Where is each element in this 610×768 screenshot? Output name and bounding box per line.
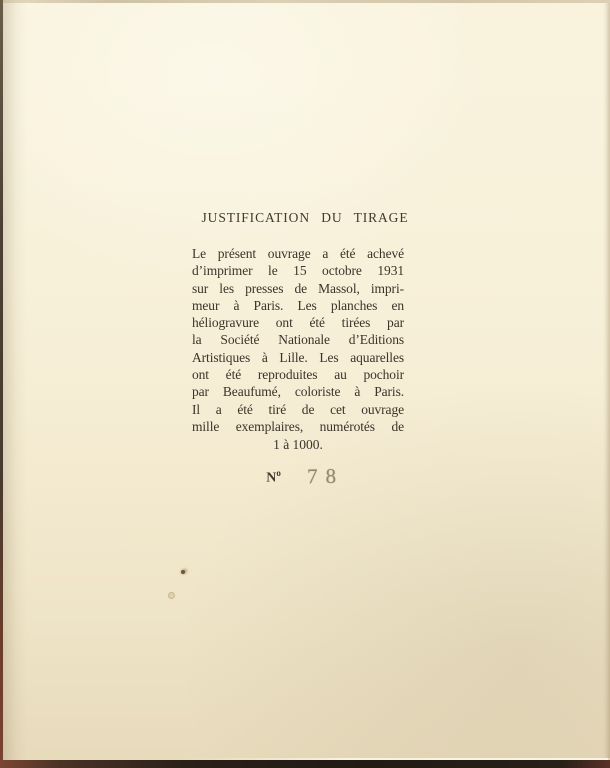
page-top-edge bbox=[0, 0, 610, 3]
book-page-photo: JUSTIFICATION DU TIRAGE Le présent ouvra… bbox=[0, 0, 610, 768]
copy-number-row: No 78 bbox=[0, 464, 610, 489]
text-line: Il a été tiré de cet ouvrage bbox=[192, 401, 404, 418]
text-line: Le présent ouvrage a été achevé bbox=[192, 245, 404, 262]
text-line: héliogravure ont été tirées par bbox=[192, 314, 404, 331]
numero-superscript: o bbox=[276, 468, 281, 478]
paper-speck bbox=[168, 592, 175, 599]
text-line: meur à Paris. Les planches en bbox=[192, 297, 404, 314]
copy-number-stamp: 78 bbox=[307, 464, 344, 489]
text-line: mille exemplaires, numérotés de bbox=[192, 418, 404, 435]
paper-speck bbox=[181, 570, 185, 574]
page-left-edge bbox=[0, 0, 3, 760]
numero-label: No bbox=[266, 464, 281, 487]
text-line: d’imprimer le 15 octobre 1931 bbox=[192, 262, 404, 279]
text-line: la Société Nationale d’Editions bbox=[192, 331, 404, 348]
page-right-edge-shade bbox=[603, 3, 610, 758]
text-line: ont été reproduites au pochoir bbox=[192, 366, 404, 383]
text-line: sur les presses de Massol, impri- bbox=[192, 280, 404, 297]
binding-gutter-shadow bbox=[3, 0, 27, 760]
text-line: par Beaufumé, coloriste à Paris. bbox=[192, 383, 404, 400]
text-line: Artistiques à Lille. Les aquarelles bbox=[192, 349, 404, 366]
book-board-bottom-edge bbox=[0, 760, 610, 768]
text-line-final: 1 à 1000. bbox=[192, 436, 404, 453]
page-title: JUSTIFICATION DU TIRAGE bbox=[0, 210, 610, 226]
limitation-text: Le présent ouvrage a été achevé d’imprim… bbox=[192, 245, 404, 454]
